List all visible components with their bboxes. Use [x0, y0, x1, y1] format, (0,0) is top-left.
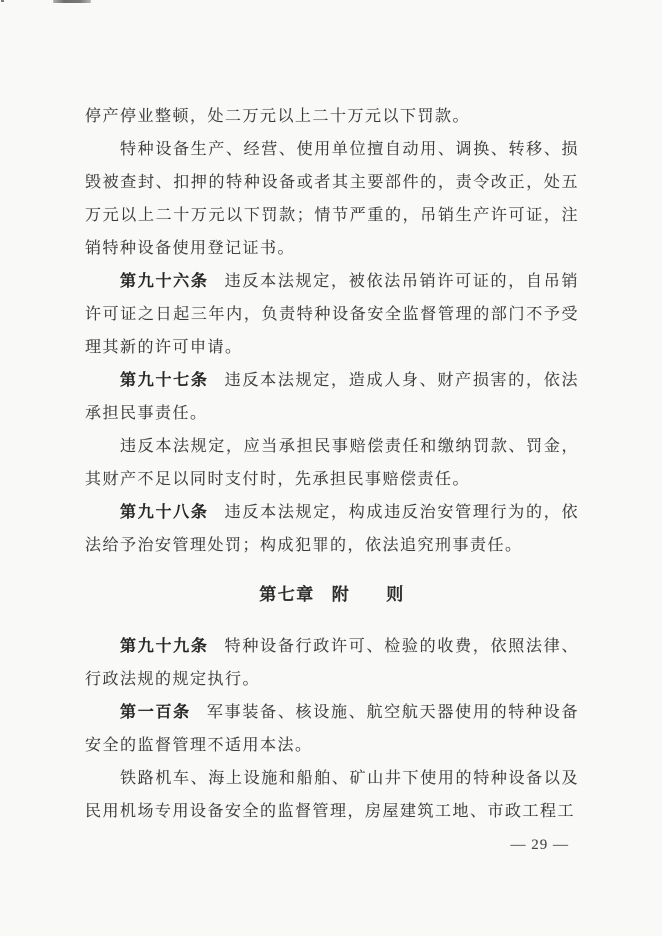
page-content: 停产停业整顿，处二万元以上二十万元以下罚款。 特种设备生产、经营、使用单位擅自动… — [85, 100, 579, 862]
article-number: 第九十八条 — [120, 504, 209, 521]
article-number: 第九十六条 — [120, 273, 209, 290]
chapter-title-char: 附 — [332, 585, 351, 604]
article-number: 第九十七条 — [120, 372, 209, 389]
paragraph-truncated: 铁路机车、海上设施和船舶、矿山井下使用的特种设备以及民用机场专用设备安全的监督管… — [85, 762, 579, 828]
article-number: 第一百条 — [120, 704, 191, 721]
article-number: 第九十九条 — [120, 638, 209, 655]
article-paragraph-96: 第九十六条违反本法规定，被依法吊销许可证的，自吊销许可证之日起三年内，负责特种设… — [85, 265, 579, 364]
paragraph-text: 铁路机车、海上设施和船舶、矿山井下使用的特种设备以及民用机场专用设备安全的监督管… — [85, 770, 579, 820]
paragraph-text: 特种设备生产、经营、使用单位擅自动用、调换、转移、损毁被查封、扣押的特种设备或者… — [85, 141, 579, 257]
paragraph-text: 违反本法规定，应当承担民事赔偿责任和缴纳罚款、罚金，其财产不足以同时支付时，先承… — [85, 438, 579, 488]
article-paragraph-100: 第一百条军事装备、核设施、航空航天器使用的特种设备安全的监督管理不适用本法。 — [85, 696, 579, 762]
scan-artifact-streak — [53, 0, 91, 3]
article-paragraph-98: 第九十八条违反本法规定，构成违反治安管理行为的，依法给予治安管理处罚；构成犯罪的… — [85, 496, 579, 562]
article-paragraph-99: 第九十九条特种设备行政许可、检验的收费，依照法律、行政法规的规定执行。 — [85, 630, 579, 696]
paragraph-text: 停产停业整顿，处二万元以上二十万元以下罚款。 — [85, 108, 470, 125]
paragraph: 违反本法规定，应当承担民事赔偿责任和缴纳罚款、罚金，其财产不足以同时支付时，先承… — [85, 430, 579, 496]
document-page: 停产停业整顿，处二万元以上二十万元以下罚款。 特种设备生产、经营、使用单位擅自动… — [0, 0, 662, 936]
article-paragraph-97: 第九十七条违反本法规定，造成人身、财产损害的，依法承担民事责任。 — [85, 364, 579, 430]
scan-artifact-dot — [1, 0, 4, 2]
page-number: — 29 — — [85, 829, 579, 862]
paragraph-continuation: 停产停业整顿，处二万元以上二十万元以下罚款。 — [85, 100, 579, 133]
chapter-number: 第七章 — [259, 585, 315, 604]
paragraph: 特种设备生产、经营、使用单位擅自动用、调换、转移、损毁被查封、扣押的特种设备或者… — [85, 133, 579, 265]
chapter-title-char: 则 — [386, 585, 405, 604]
chapter-heading: 第七章附则 — [85, 578, 579, 611]
